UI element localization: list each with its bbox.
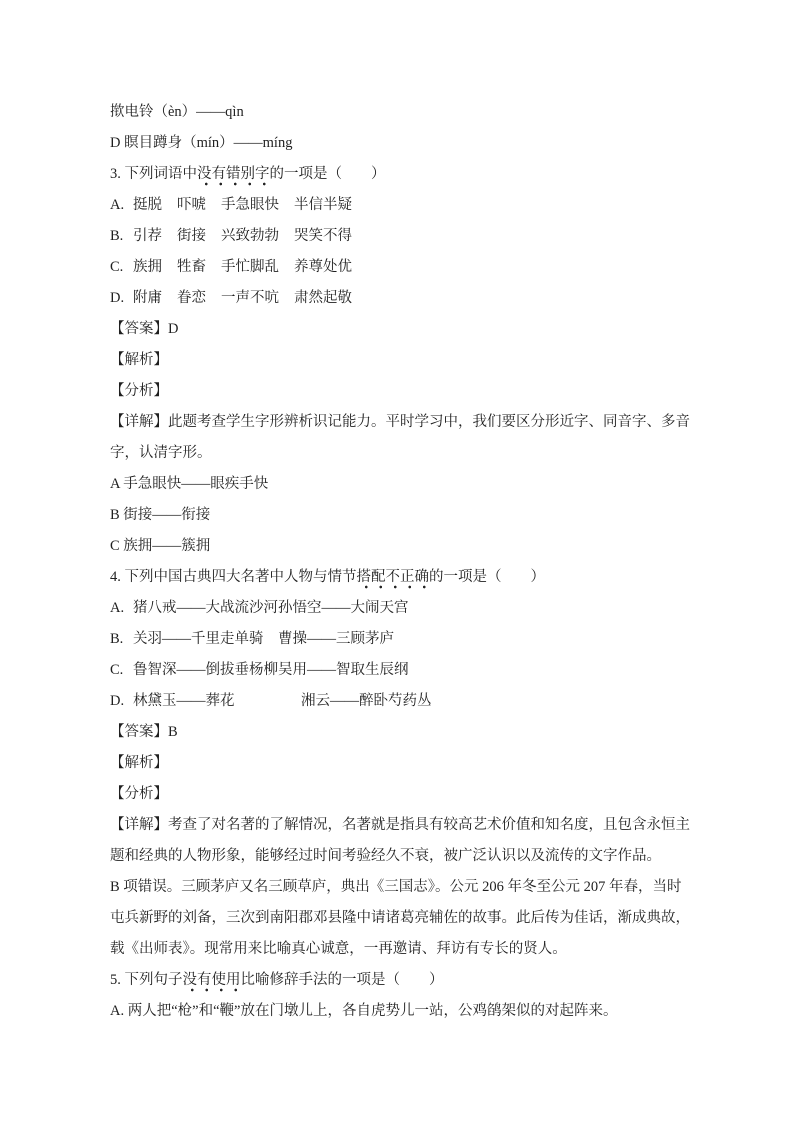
choice-word: 吓唬 [177, 190, 206, 221]
text-line: B 项错误。三顾茅庐又名三顾草庐，典出《三国志》。公元 206 年冬至公元 20… [110, 872, 690, 903]
text-line: 【答案】D [110, 314, 690, 345]
text-line: 【详解】此题考查学生字形辨析识记能力。平时学习中，我们要区分形近字、同音字、多音 [110, 407, 690, 438]
choice-pair: 猪八戒——大战流沙河 [133, 593, 278, 624]
choice-option-line: A.挺脱吓唬手急眼快半信半疑 [110, 190, 690, 221]
choice-label: A. [110, 593, 133, 624]
choice-word: 牲畜 [177, 252, 206, 283]
text-line: D 瞑目蹲身（mín）——míng [110, 128, 690, 159]
question-text: 比喻修辞手法的一项是（ ） [241, 972, 444, 988]
choice-word: 手忙脚乱 [221, 252, 279, 283]
emphasized-text: 没有使用 [183, 972, 241, 992]
question-text: 5. 下列句子 [110, 972, 183, 988]
choice-word: 一声不吭 [221, 283, 279, 314]
text-line: 屯兵新野的刘备，三次到南阳郡邓县隆中请诸葛亮辅佐的故事。此后传为佳话，渐成典故， [110, 903, 690, 934]
choice-pair: 鲁智深——倒拔垂杨柳 [133, 655, 278, 686]
question-text: 4. 下列中国古典四大名著中人物与情节 [110, 569, 357, 585]
choice-label: D. [110, 686, 133, 717]
choice-pair: 关羽——千里走单骑 [133, 624, 278, 655]
choice-word: 引荐 [133, 221, 162, 252]
choice-option-line: C.鲁智深——倒拔垂杨柳吴用——智取生辰纲 [110, 655, 690, 686]
choice-label: C. [110, 655, 133, 686]
document-page: 揿电铃（èn）——qìnD 瞑目蹲身（mín）——míng3. 下列词语中没有错… [0, 0, 793, 1122]
choice-option-line: B.关羽——千里走单骑曹操——三顾茅庐 [110, 624, 690, 655]
text-line: 载《出师表》。现常用来比喻真心诚意，一再邀请、拜访有专长的贤人。 [110, 934, 690, 965]
choice-word: 兴致勃勃 [221, 221, 279, 252]
choice-option-line: A.猪八戒——大战流沙河孙悟空——大闹天宫 [110, 593, 690, 624]
choice-label: A. [110, 190, 133, 221]
question-text: 的一项是（ ） [429, 569, 545, 585]
choice-label: B. [110, 624, 133, 655]
text-line: 字，认清字形。 [110, 438, 690, 469]
choice-word: 族拥 [133, 252, 162, 283]
choice-word: 挺脱 [133, 190, 162, 221]
choice-word: 肃然起敬 [294, 283, 352, 314]
text-line: C 族拥——簇拥 [110, 531, 690, 562]
question-line: 3. 下列词语中没有错别字的一项是（ ） [110, 159, 690, 190]
text-line: A 手急眼快——眼疾手快 [110, 469, 690, 500]
choice-word: 养尊处优 [294, 252, 352, 283]
choice-pair: 曹操——三顾茅庐 [278, 624, 394, 655]
choice-option-line: D.林黛玉——葬花湘云——醉卧芍药丛 [110, 686, 690, 717]
choice-word: 眷恋 [177, 283, 206, 314]
text-line: A. 两人把“枪”和“鞭”放在门墩儿上，各自虎势儿一站，公鸡鹐架似的对起阵来。 [110, 996, 690, 1027]
choice-word: 街接 [177, 221, 206, 252]
question-text: 3. 下列词语中 [110, 166, 197, 182]
text-line: B 街接——衔接 [110, 500, 690, 531]
emphasized-text: 搭配不正确 [357, 569, 430, 589]
text-line: 【分析】 [110, 779, 690, 810]
emphasized-text: 没有错别字 [197, 166, 270, 186]
choice-option-line: D.附庸眷恋一声不吭肃然起敬 [110, 283, 690, 314]
choice-label: B. [110, 221, 133, 252]
question-text: 的一项是（ ） [270, 166, 386, 182]
choice-word: 半信半疑 [294, 190, 352, 221]
question-line: 4. 下列中国古典四大名著中人物与情节搭配不正确的一项是（ ） [110, 562, 690, 593]
text-line: 【解析】 [110, 345, 690, 376]
choice-word: 手急眼快 [221, 190, 279, 221]
choice-label: C. [110, 252, 133, 283]
text-line: 【详解】考查了对名著的了解情况，名著就是指具有较高艺术价值和知名度，且包含永恒主 [110, 810, 690, 841]
choice-option-line: C.族拥牲畜手忙脚乱养尊处优 [110, 252, 690, 283]
question-line: 5. 下列句子没有使用比喻修辞手法的一项是（ ） [110, 965, 690, 996]
choice-pair: 孙悟空——大闹天宫 [278, 593, 409, 624]
document-content: 揿电铃（èn）——qìnD 瞑目蹲身（mín）——míng3. 下列词语中没有错… [110, 97, 690, 1027]
choice-word: 附庸 [133, 283, 162, 314]
text-line: 【分析】 [110, 376, 690, 407]
text-line: 题和经典的人物形象，能够经过时间考验经久不衰，被广泛认识以及流传的文字作品。 [110, 841, 690, 872]
choice-pair: 湘云——醉卧芍药丛 [301, 686, 432, 717]
choice-option-line: B.引荐街接兴致勃勃哭笑不得 [110, 221, 690, 252]
choice-pair: 林黛玉——葬花 [133, 686, 301, 717]
choice-pair: 吴用——智取生辰纲 [278, 655, 409, 686]
choice-label: D. [110, 283, 133, 314]
text-line: 揿电铃（èn）——qìn [110, 97, 690, 128]
text-line: 【答案】B [110, 717, 690, 748]
text-line: 【解析】 [110, 748, 690, 779]
choice-word: 哭笑不得 [294, 221, 352, 252]
